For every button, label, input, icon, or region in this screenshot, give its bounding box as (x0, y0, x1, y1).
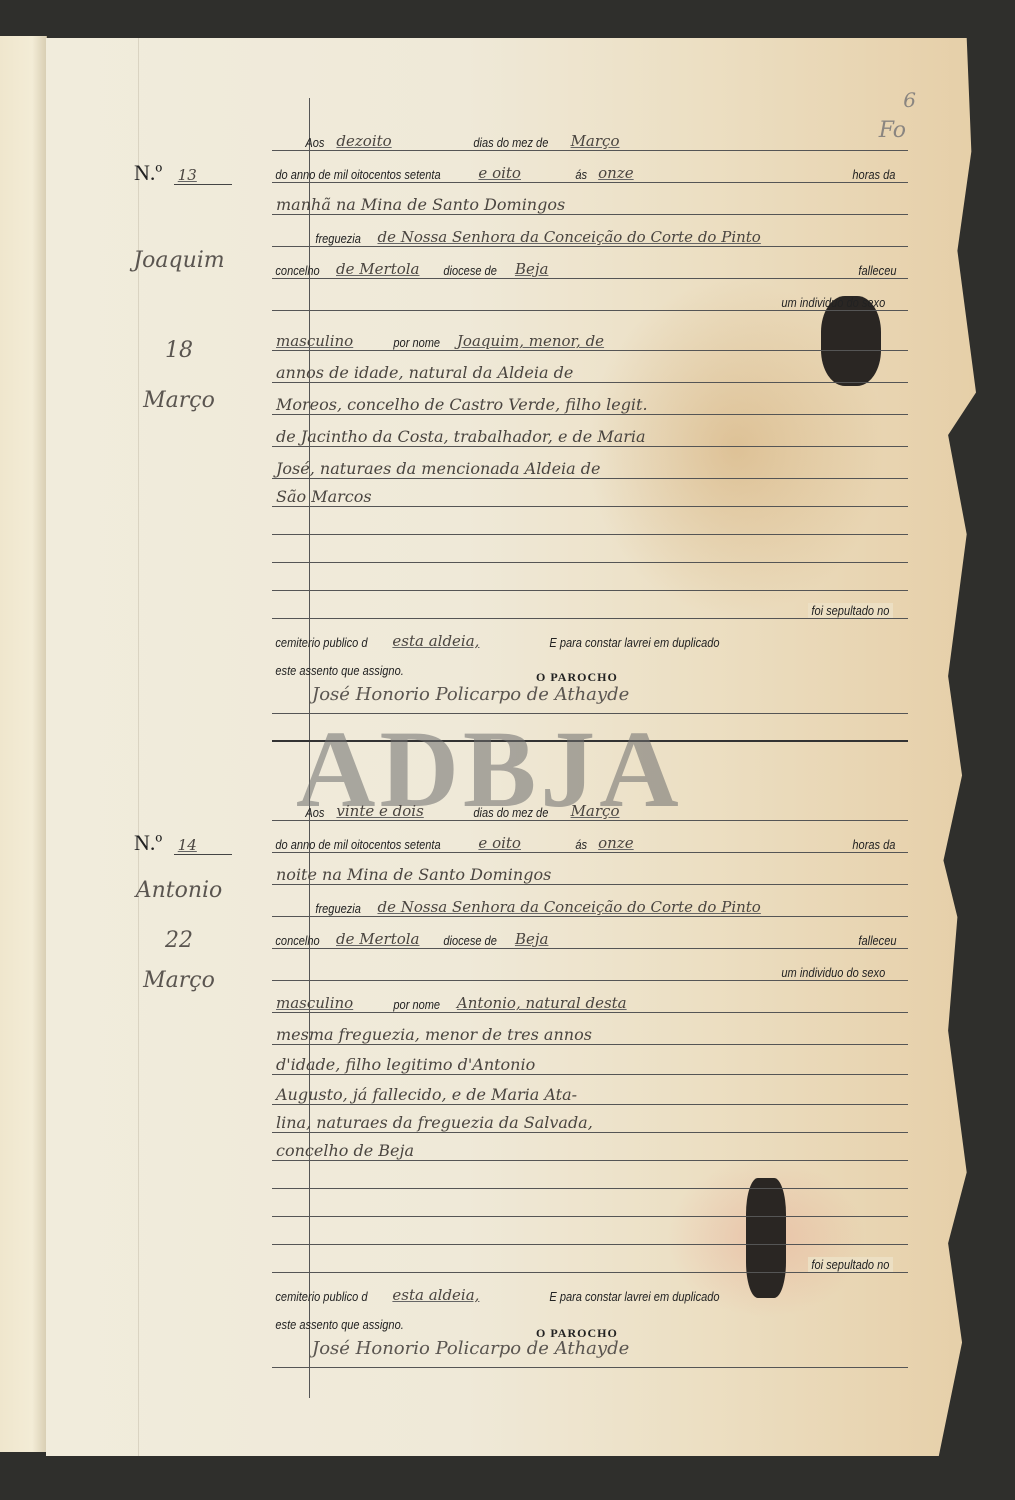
parish-field: de Nossa Senhora da Conceição do Corte d… (373, 898, 764, 916)
line-place: manhã na Mina de Santo Domingos (272, 184, 908, 215)
label: horas da (849, 167, 899, 182)
body-line: d'idade, filho legitimo d'Antonio (272, 1044, 908, 1075)
body-line: São Marcos (272, 476, 908, 507)
month-field: Março (567, 802, 624, 820)
entry-number-value: 14 (174, 836, 232, 855)
line-aos: Aos dezoito dias do mez de Março (272, 120, 908, 151)
number-label: N.º (134, 830, 162, 855)
day-field: dezoito (332, 132, 470, 150)
body-text: mesma freguezia, menor de tres annos (272, 1025, 592, 1044)
line-freguezia: freguezia de Nossa Senhora da Conceição … (272, 216, 908, 247)
label: este assento que assigno. (272, 1317, 407, 1332)
diocese-field: Beja (511, 260, 855, 278)
line-cemiterio: cemiterio publico d esta aldeia, E para … (272, 620, 908, 650)
line-sepultado: foi sepultado no (272, 588, 908, 619)
label: do anno de mil oitocentos setenta (272, 837, 444, 852)
entry-number-value: 13 (174, 166, 232, 185)
body-line: annos de idade, natural da Aldeia de (272, 352, 908, 383)
body-line: mesma freguezia, menor de tres annos (272, 1014, 908, 1045)
line-concelho: concelho de Mertola diocese de Beja fall… (272, 918, 908, 949)
municipality-field: de Mertola (332, 260, 440, 278)
label: concelho (272, 933, 323, 948)
register-page: 6 Fo N.º 13 Joaquim 18 Março Aos dezoito… (46, 38, 976, 1456)
blank-line (272, 504, 908, 535)
sex-field: masculino (272, 994, 390, 1012)
margin-day: 18 (104, 338, 254, 363)
margin-name: Joaquim (104, 248, 254, 273)
month-field: Março (567, 132, 624, 150)
parish-field: de Nossa Senhora da Conceição do Corte d… (373, 228, 764, 246)
blank-line (272, 1214, 908, 1245)
blank-line (272, 1186, 908, 1217)
label: falleceu (855, 263, 900, 278)
label: Aos (302, 805, 328, 820)
line-individuo: um individuo do sexo (272, 280, 908, 311)
label: foi sepultado no (808, 603, 893, 618)
body-line: Augusto, já fallecido, e de Maria Ata- (272, 1074, 908, 1105)
margin-month: Março (104, 968, 254, 993)
label: horas da (849, 837, 899, 852)
line-sepultado: foi sepultado no (272, 1242, 908, 1273)
line-aos: Aos vinte e dois dias do mez de Março (272, 790, 908, 821)
number-label: N.º (134, 160, 162, 185)
body-text: de Jacintho da Costa, trabalhador, e de … (272, 427, 646, 446)
year-field: e oito (474, 834, 572, 852)
margin-day: 22 (104, 928, 254, 953)
body-line: lina, naturaes da freguezia da Salvada, (272, 1102, 908, 1133)
name-field: Joaquim, menor, de (453, 332, 608, 350)
line-nome: masculino por nome Antonio, natural dest… (272, 982, 908, 1013)
label: foi sepultado no (808, 1257, 893, 1272)
year-field: e oito (474, 164, 572, 182)
label: dias do mez de (470, 135, 552, 150)
body-text: Moreos, concelho de Castro Verde, filho … (272, 395, 648, 414)
body-line: José, naturaes da mencionada Aldeia de (272, 448, 908, 479)
label: um individuo do sexo (778, 295, 889, 310)
body-line: de Jacintho da Costa, trabalhador, e de … (272, 416, 908, 447)
parocho-heading: O PAROCHO (536, 670, 618, 685)
label: do anno de mil oitocentos setenta (272, 167, 444, 182)
margin-name: Antonio (104, 878, 254, 903)
label: Aos (302, 135, 328, 150)
body-line: concelho de Beja (272, 1130, 908, 1161)
label: falleceu (855, 933, 900, 948)
hour-field: onze (594, 834, 849, 852)
label: um individuo do sexo (778, 965, 889, 980)
label: freguezia (312, 901, 364, 916)
hour-field: onze (594, 164, 849, 182)
sex-field: masculino (272, 332, 390, 350)
body-text: d'idade, filho legitimo d'Antonio (272, 1055, 535, 1074)
line-place: noite na Mina de Santo Domingos (272, 854, 908, 885)
label: concelho (272, 263, 323, 278)
blank-line (272, 532, 908, 563)
line-anno: do anno de mil oitocentos setenta e oito… (272, 822, 908, 853)
page-number-mark: 6 (903, 88, 916, 112)
day-field: vinte e dois (332, 802, 470, 820)
label: diocese de (440, 933, 500, 948)
priest-signature: José Honorio Policarpo de Athayde (272, 1338, 908, 1368)
place-field: manhã na Mina de Santo Domingos (272, 195, 565, 214)
margin-month: Março (104, 388, 254, 413)
line-freguezia: freguezia de Nossa Senhora da Conceição … (272, 886, 908, 917)
label: ás (572, 837, 590, 852)
label: por nome (390, 997, 443, 1012)
body-line: Moreos, concelho de Castro Verde, filho … (272, 384, 908, 415)
municipality-field: de Mertola (332, 930, 440, 948)
line-concelho: concelho de Mertola diocese de Beja fall… (272, 248, 908, 279)
line-cemiterio: cemiterio publico d esta aldeia, E para … (272, 1274, 908, 1304)
label: dias do mez de (470, 805, 552, 820)
label: freguezia (312, 231, 364, 246)
line-individuo: um individuo do sexo (272, 950, 908, 981)
place-field: noite na Mina de Santo Domingos (272, 865, 551, 884)
book-spine-edge (0, 36, 47, 1452)
name-field: Antonio, natural desta (453, 994, 631, 1012)
blank-line (272, 560, 908, 591)
label: por nome (390, 335, 443, 350)
line-nome: masculino por nome Joaquim, menor, de (272, 320, 908, 351)
label: ás (572, 167, 590, 182)
label: diocese de (440, 263, 500, 278)
blank-line (272, 1158, 908, 1189)
diocese-field: Beja (511, 930, 855, 948)
line-anno: do anno de mil oitocentos setenta e oito… (272, 152, 908, 183)
entry-number: N.º 13 (134, 160, 232, 186)
label: este assento que assigno. (272, 663, 407, 678)
body-text: annos de idade, natural da Aldeia de (272, 363, 573, 382)
entry-number: N.º 14 (134, 830, 232, 856)
